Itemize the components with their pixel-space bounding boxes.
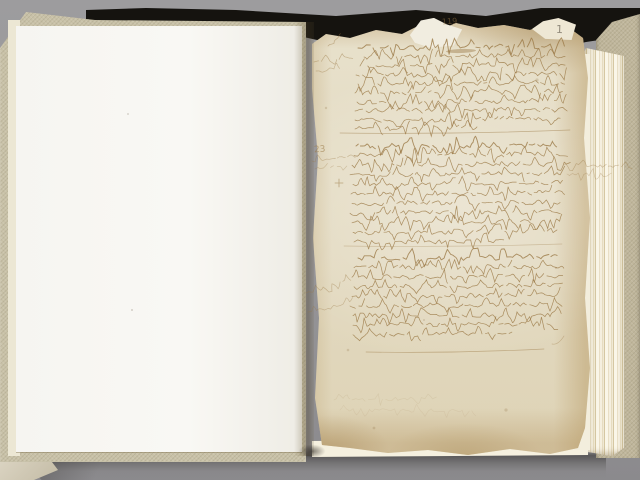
blank-left-page [16, 26, 302, 452]
manuscript-page [306, 18, 594, 456]
margin-entry-number: 23 [314, 146, 326, 156]
folio-number-ink: 119 [442, 17, 458, 26]
gutter-shadow [294, 22, 314, 456]
folio-number-pencil: 1 [556, 24, 563, 35]
gutter-bottom-shadow [294, 444, 330, 462]
paper-speck [131, 309, 133, 311]
photograph-open-manuscript-book: 1 119 23 [0, 0, 640, 480]
paper-speck [127, 113, 129, 115]
